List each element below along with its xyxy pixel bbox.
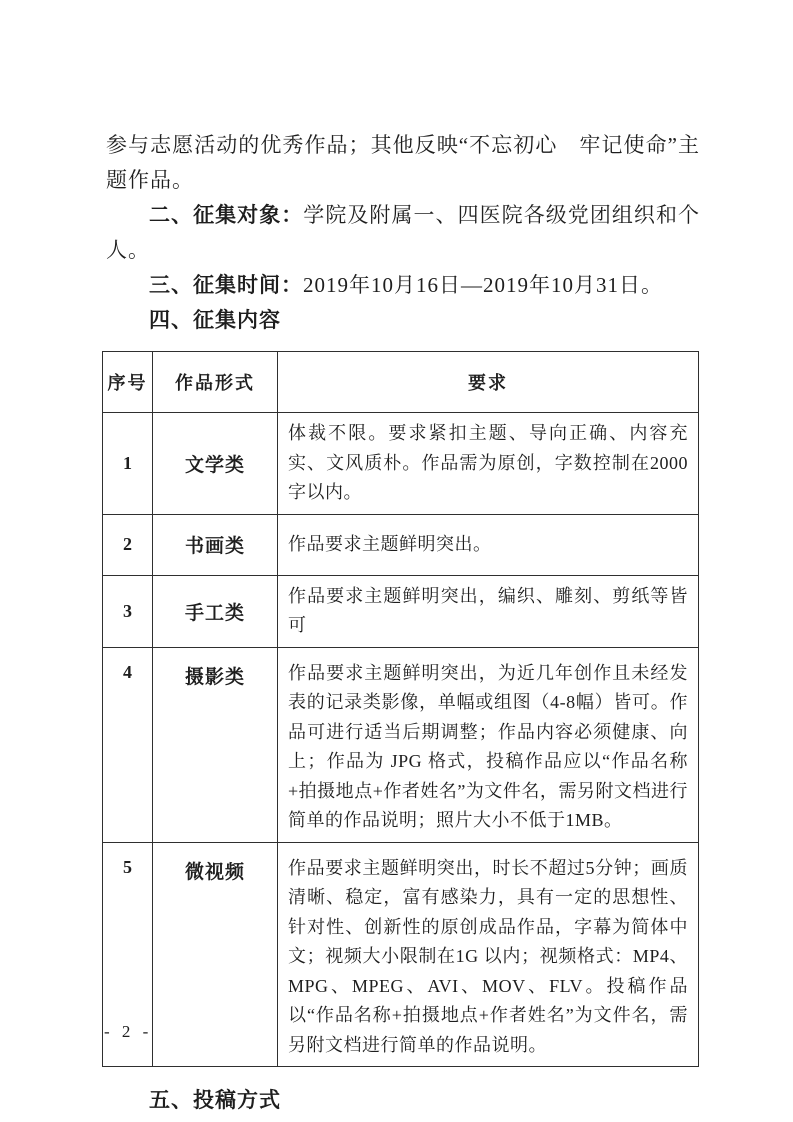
cell-type: 手工类 [153,575,278,647]
section-4-heading: 四、征集内容 [149,308,281,332]
cell-type: 文学类 [153,413,278,515]
header-cell-requirement: 要求 [278,352,699,413]
table-row: 2 书画类 作品要求主题鲜明突出。 [103,514,699,575]
cell-requirement: 作品要求主题鲜明突出，为近几年创作且未经发表的记录类影像，单幅或组图（4-8幅）… [278,647,699,842]
table-row: 3 手工类 作品要求主题鲜明突出，编织、雕刻、剪纸等皆可 [103,575,699,647]
cell-number: 4 [103,647,153,842]
table-header-row: 序号 作品形式 要求 [103,352,699,413]
table-row: 5 微视频 作品要求主题鲜明突出，时长不超过5分钟；画质清晰、稳定，富有感染力，… [103,842,699,1067]
cell-type: 微视频 [153,842,278,1067]
cell-type: 书画类 [153,514,278,575]
section-2-heading: 二、征集对象： [149,203,303,227]
page-number: - 2 - [104,1022,152,1042]
document-page: 参与志愿活动的优秀作品；其他反映“不忘初心 牢记使命”主题作品。 二、征集对象：… [0,0,793,1122]
cell-type: 摄影类 [153,647,278,842]
paragraph-intro: 参与志愿活动的优秀作品；其他反映“不忘初心 牢记使命”主题作品。 [106,128,700,198]
cell-requirement: 作品要求主题鲜明突出。 [278,514,699,575]
cell-number: 2 [103,514,153,575]
cell-number: 3 [103,575,153,647]
section-3-heading: 三、征集时间： [149,273,303,297]
cell-requirement: 体裁不限。要求紧扣主题、导向正确、内容充实、文风质朴。作品需为原创，字数控制在2… [278,413,699,515]
section-5-heading: 五、投稿方式 [149,1088,281,1112]
table-row: 4 摄影类 作品要求主题鲜明突出，为近几年创作且未经发表的记录类影像，单幅或组图… [103,647,699,842]
paragraph-section-5: 五、投稿方式 [106,1083,700,1118]
paragraph-section-2: 二、征集对象：学院及附属一、四医院各级党团组织和个人。 [106,198,700,268]
paragraph-section-3: 三、征集时间：2019年10月16日—2019年10月31日。 [106,268,700,303]
cell-requirement: 作品要求主题鲜明突出，编织、雕刻、剪纸等皆可 [278,575,699,647]
submission-content-table: 序号 作品形式 要求 1 文学类 体裁不限。要求紧扣主题、导向正确、内容充实、文… [102,351,699,1067]
intro-text: 参与志愿活动的优秀作品；其他反映“不忘初心 牢记使命”主题作品。 [106,133,700,192]
header-cell-type: 作品形式 [153,352,278,413]
paragraph-section-4: 四、征集内容 [106,303,700,338]
table-row: 1 文学类 体裁不限。要求紧扣主题、导向正确、内容充实、文风质朴。作品需为原创，… [103,413,699,515]
cell-number: 1 [103,413,153,515]
header-cell-number: 序号 [103,352,153,413]
section-3-text: 2019年10月16日—2019年10月31日。 [303,273,663,297]
cell-requirement: 作品要求主题鲜明突出，时长不超过5分钟；画质清晰、稳定，富有感染力，具有一定的思… [278,842,699,1067]
